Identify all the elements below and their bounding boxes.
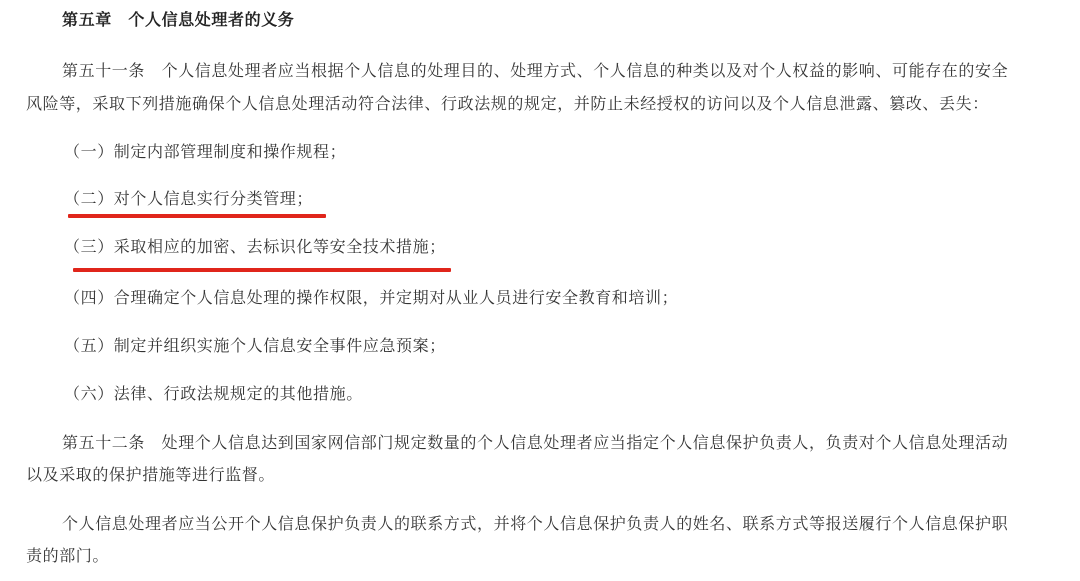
article-51-line-1: 第五十一条 个人信息处理者应当根据个人信息的处理目的、处理方式、个人信息的种类以… [62, 61, 1008, 81]
measure-2: （二）对个人信息实行分类管理； [64, 189, 313, 209]
measure-4: （四）合理确定个人信息处理的操作权限，并定期对从业人员进行安全教育和培训； [64, 288, 678, 308]
highlight-underline-measure-2 [68, 214, 326, 218]
paragraph-2-line-1: 个人信息处理者应当公开个人信息保护负责人的联系方式，并将个人信息保护负责人的姓名… [62, 514, 1008, 534]
paragraph-2-line-2: 责的部门。 [26, 546, 109, 566]
article-51-line-2: 风险等，采取下列措施确保个人信息处理活动符合法律、行政法规的规定，并防止未经授权… [26, 94, 989, 114]
chapter-title: 第五章 个人信息处理者的义务 [62, 10, 294, 30]
measure-6: （六）法律、行政法规规定的其他措施。 [64, 384, 363, 404]
highlight-underline-measure-3 [73, 268, 451, 272]
measure-3: （三）采取相应的加密、去标识化等安全技术措施； [64, 237, 446, 257]
article-52-line-2: 以及采取的保护措施等进行监督。 [26, 465, 275, 485]
measure-1: （一）制定内部管理制度和操作规程； [64, 142, 346, 162]
article-52-line-1: 第五十二条 处理个人信息达到国家网信部门规定数量的个人信息处理者应当指定个人信息… [62, 433, 1008, 453]
measure-5: （五）制定并组织实施个人信息安全事件应急预案； [64, 336, 446, 356]
